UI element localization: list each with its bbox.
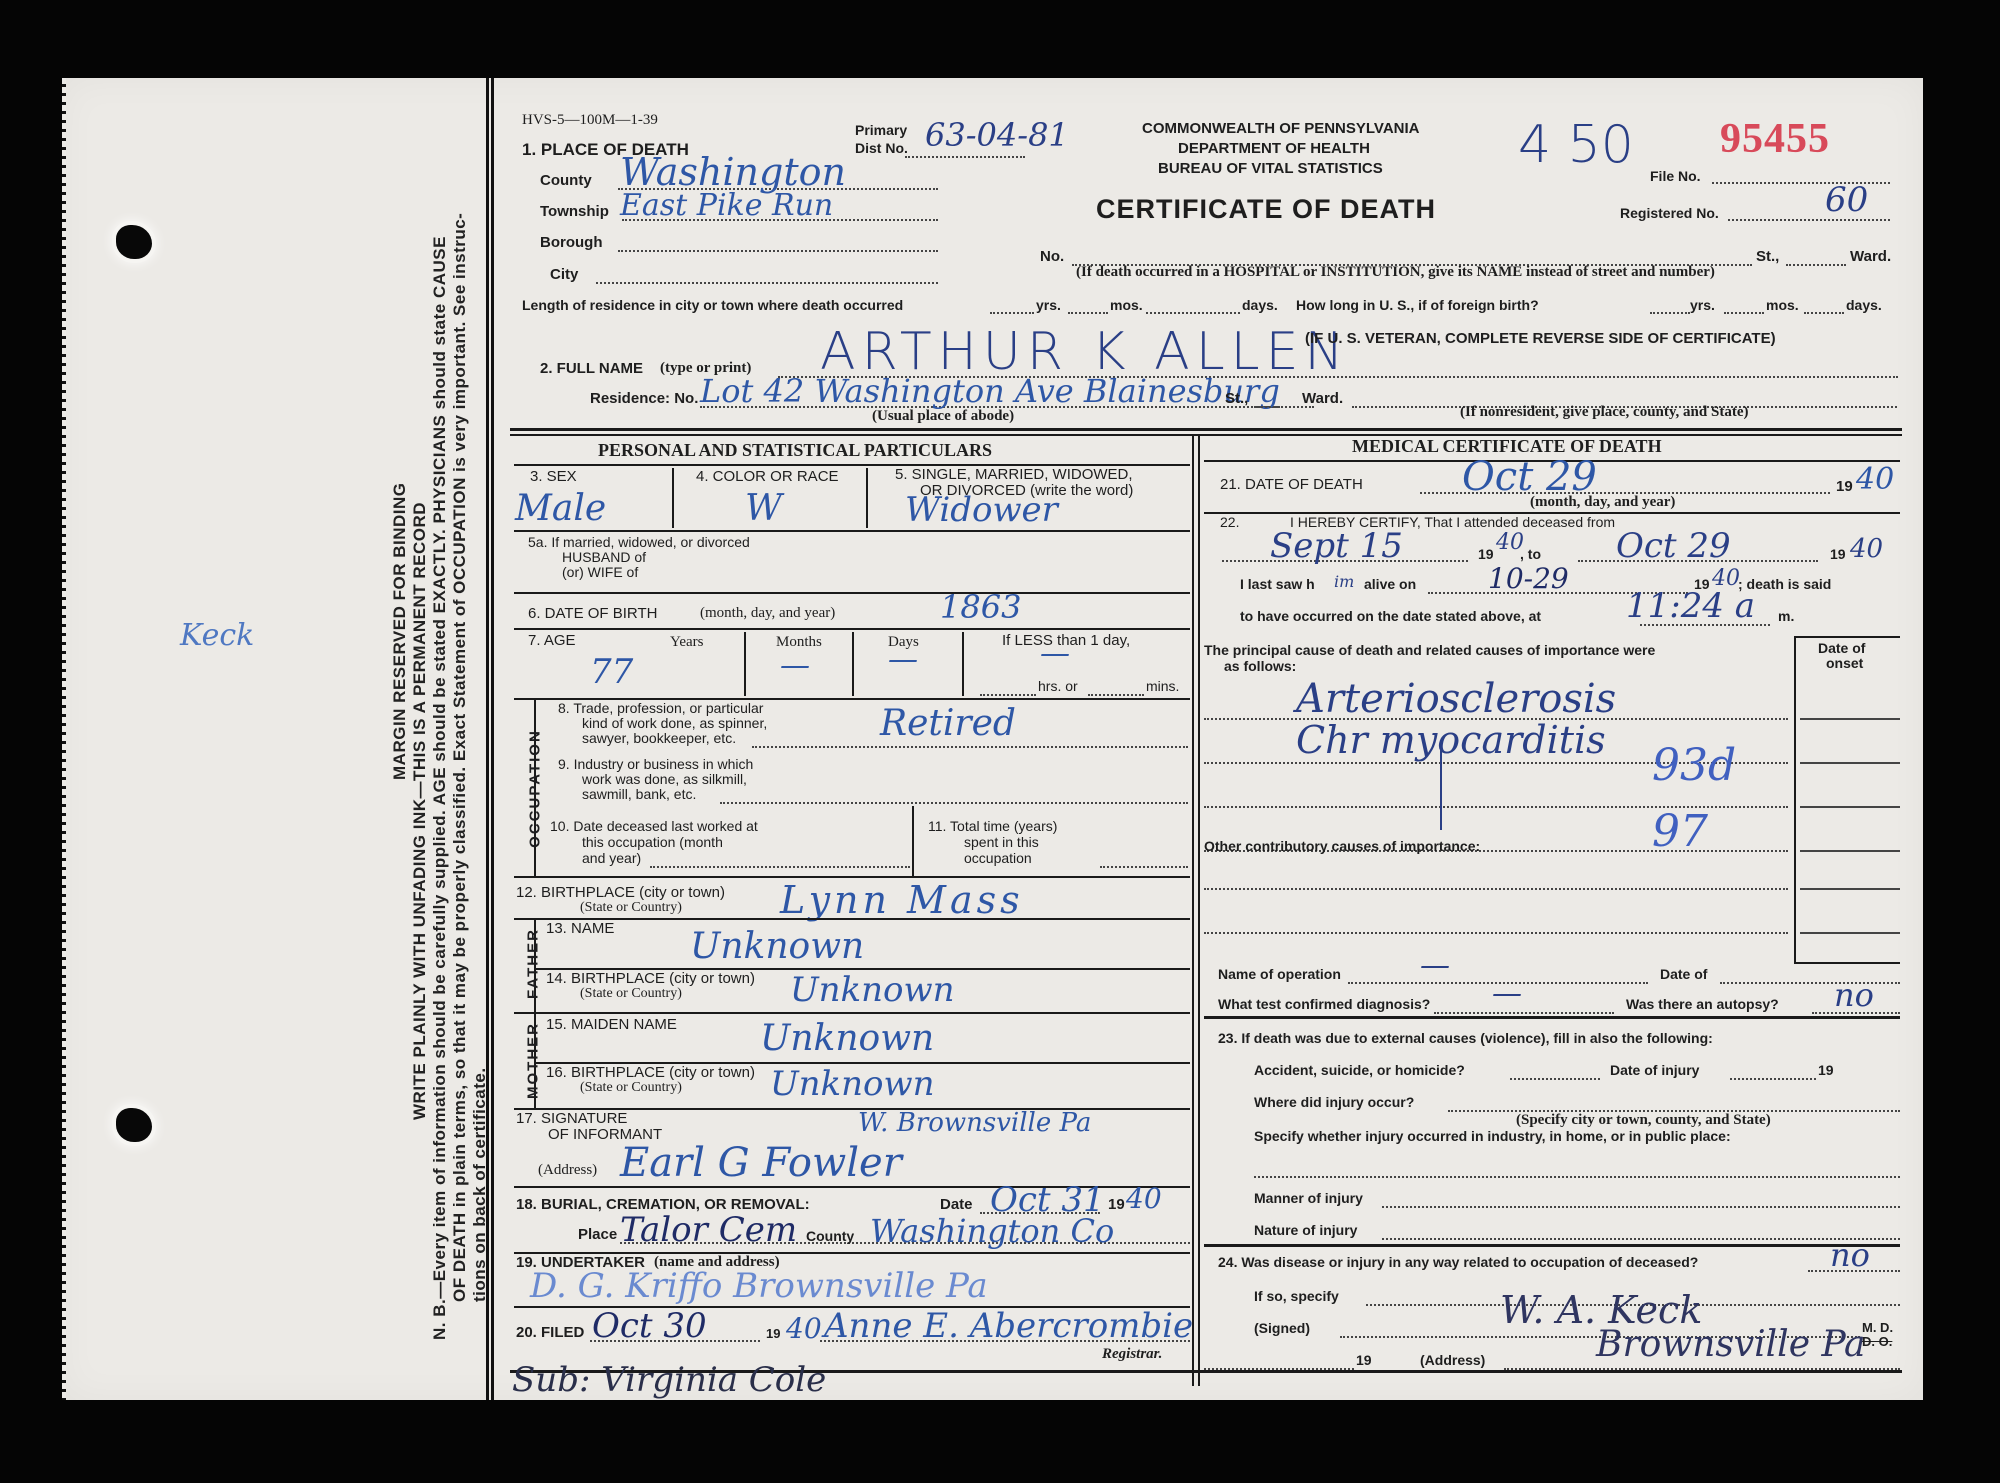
informant-label-1: 17. SIGNATURE [516,1110,627,1127]
form-code: HVS-5—100M—1-39 [522,112,658,129]
cause-code-2: 97 [1652,806,1708,857]
trade-value[interactable]: Retired [880,703,1016,744]
burial-place-label: Place [578,1226,617,1243]
divider [912,806,914,876]
residence-st-label: St., [1225,390,1248,407]
onset-label-2: onset [1826,655,1863,671]
informant-value[interactable]: Earl G Fowler [620,1140,902,1186]
where-note: (Specify city or town, county, and State… [1516,1112,1771,1129]
full-name-label: 2. FULL NAME [540,360,643,377]
cause-code-1: 93d [1652,740,1736,791]
street-no-label: No. [1040,248,1064,265]
certify-number: 22. [1220,514,1239,530]
trade-line [752,746,1188,748]
race-value[interactable]: W [745,488,782,529]
onset-label-1: Date of [1818,640,1865,656]
divider [962,632,964,696]
signed-date-year-prefix: 19 [1356,1352,1372,1368]
specify-label: Specify whether injury occurred in indus… [1254,1128,1731,1144]
manner-label: Manner of injury [1254,1190,1363,1206]
sub-registrar-value[interactable]: Sub: Virginia Cole [512,1360,826,1400]
occupation-side-label: OCCUPATION [527,724,544,854]
md-label: M. D. [1862,1320,1893,1335]
divider [514,592,1190,594]
informant-address-value[interactable]: W. Brownsville Pa [858,1108,1091,1138]
filed-year-value[interactable]: 40 [786,1312,822,1345]
res-yrs-line [990,312,1034,314]
occurred-label: to have occurred on the date stated abov… [1240,608,1541,624]
signed-label: (Signed) [1254,1320,1310,1336]
to-label: , to [1520,546,1541,562]
perforated-edge [62,78,66,1400]
residence-ward-label: Ward. [1302,390,1343,407]
res-yrs-label: yrs. [1036,297,1061,313]
physician-address-label: (Address) [1420,1352,1485,1368]
age-less-value[interactable]: — [1040,636,1070,671]
trade-label-2: kind of work done, as spinner, [582,715,767,731]
mother-birthplace-label: 16. BIRTHPLACE (city or town) [546,1064,755,1081]
street-st-label: St., [1756,248,1779,265]
mother-name-value[interactable]: Unknown [760,1018,934,1059]
last-worked-label-1: 10. Date deceased last worked at [550,818,758,834]
informant-address-label: (Address) [538,1162,597,1179]
divider [514,628,1190,630]
divider [852,632,854,696]
time-value[interactable]: 11:24 a [1626,586,1755,626]
residence-label: Residence: No. [590,390,698,407]
father-name-value[interactable]: Unknown [690,926,864,967]
attended-to-value[interactable]: Oct 29 [1616,526,1731,566]
res-days-line [1146,312,1240,314]
contributory-label: Other contributory causes of importance: [1204,838,1480,854]
age-years-value[interactable]: 77 [590,652,633,692]
ward-label: Ward. [1850,248,1891,265]
county-label: County [540,172,592,189]
dod-year-prefix: 19 [1836,478,1853,495]
sex-value[interactable]: Male [515,488,606,529]
registered-no-label: Registered No. [1620,205,1719,221]
dist-no-value[interactable]: 63-04-81 [925,116,1069,154]
industry-line [720,802,1188,804]
registrar-value[interactable]: Anne E. Abercrombie [824,1306,1193,1346]
total-time-label-2: spent in this [964,834,1039,850]
spouse-label-1: 5a. If married, widowed, or divorced [528,534,750,550]
marital-value[interactable]: Widower [905,490,1058,530]
industry-label-2: work was done, as silkmill, [582,771,747,787]
age-months-value[interactable]: — [780,648,810,683]
last-saw-value[interactable]: 10-29 [1488,562,1569,595]
contributory-line-2 [1204,932,1788,934]
mins-line [1088,694,1144,696]
if-so-label: If so, specify [1254,1288,1339,1304]
dod-note: (month, day, and year) [1530,494,1675,511]
residence-length-label: Length of residence in city or town wher… [522,297,903,313]
dist-no-label: Dist No. [855,140,908,156]
township-label: Township [540,203,609,220]
attended-from-year-prefix: 19 [1478,546,1494,562]
divider [1204,1244,1900,1247]
margin-line-5: tions on back of certificate. [470,80,490,1340]
fb-yrs-label: yrs. [1690,297,1715,313]
birthplace-label: 12. BIRTHPLACE (city or town) [516,884,725,901]
filed-value[interactable]: Oct 30 [592,1306,707,1346]
specify-line [1254,1176,1900,1178]
cause-2-value[interactable]: Chr myocarditis [1296,718,1606,762]
onset-line-2 [1800,762,1900,764]
operation-value[interactable]: — [1420,948,1450,983]
onset-line-5 [1800,888,1900,890]
township-value[interactable]: East Pike Run [620,188,833,223]
margin-line-2: WRITE PLAINLY WITH UNFADING INK—THIS IS … [410,80,430,1340]
binding-hole-top [116,225,152,259]
last-worked-line [650,866,910,868]
onset-line-4 [1800,850,1900,852]
last-worked-label-2: this occupation (month [582,834,723,850]
mother-name-label: 15. MAIDEN NAME [546,1016,677,1033]
center-rule-a [1192,436,1194,1386]
fb-mos-line [1724,312,1764,314]
do-label: D. O. [1862,1334,1892,1349]
res-days-label: days. [1242,297,1278,313]
occupational-label: 24. Was disease or injury in any way rel… [1218,1254,1698,1270]
autopsy-label: Was there an autopsy? [1626,996,1779,1012]
trade-label-1: 8. Trade, profession, or particular [558,700,763,716]
birthplace-note: (State or Country) [580,900,682,916]
contributory-line-1 [1204,888,1788,890]
mins-label: mins. [1146,678,1179,694]
marital-label-1: 5. SINGLE, MARRIED, WIDOWED, [895,466,1133,483]
burial-year-value[interactable]: 40 [1126,1182,1162,1215]
agency-line-3: BUREAU OF VITAL STATISTICS [1158,160,1383,177]
external-causes-label: 23. If death was due to external causes … [1218,1030,1713,1046]
total-time-label-1: 11. Total time (years) [928,818,1057,834]
divider [744,632,746,696]
spouse-label-3: (or) WIFE of [562,564,638,580]
autopsy-value[interactable]: no [1834,976,1874,1014]
divider [510,428,1902,431]
mother-birthplace-note: (State or Country) [580,1080,682,1096]
test-line [1434,1012,1614,1014]
father-side-label: FATHER [525,909,542,1019]
dist-no-line [905,156,1025,158]
accident-label: Accident, suicide, or homicide? [1254,1062,1465,1078]
burial-county-label: County [806,1228,854,1244]
spouse-label-2: HUSBAND of [562,549,646,565]
age-label: 7. AGE [528,632,576,649]
mother-side-label: MOTHER [525,1006,542,1116]
cause-1-value[interactable]: Arteriosclerosis [1296,676,1616,722]
abode-note: (Usual place of abode) [872,408,1014,425]
margin-line-4: OF DEATH in plain terms, so that it may … [450,80,470,1340]
nature-label: Nature of injury [1254,1222,1357,1238]
agency-line-2: DEPARTMENT OF HEALTH [1178,140,1370,157]
filed-label: 20. FILED [516,1324,584,1341]
onset-line-6 [1800,932,1900,934]
onset-line-3 [1800,806,1900,808]
burial-county-value[interactable]: Washington Co [870,1212,1114,1250]
burial-year-prefix: 19 [1108,1196,1125,1213]
cause-label-2: as follows: [1224,658,1296,674]
cause-label-1: The principal cause of death and related… [1204,642,1655,658]
dob-label: 6. DATE OF BIRTH [528,605,657,622]
last-saw-label: I last saw h [1240,576,1315,592]
undertaker-value[interactable]: D. G. Kriffo Brownsville Pa [530,1266,988,1306]
foreign-birth-label: How long in U. S., if of foreign birth? [1296,297,1539,313]
fb-days-line [1804,312,1844,314]
manner-line [1382,1206,1900,1208]
file-no-label: File No. [1650,168,1701,184]
binding-hole-bottom [116,1108,152,1142]
registered-no-value[interactable]: 60 [1825,180,1868,220]
fb-days-label: days. [1846,297,1882,313]
nonresident-note: (If nonresident, give place, county, and… [1460,404,1748,421]
accident-line [1510,1078,1600,1080]
total-time-label-3: occupation [964,850,1032,866]
dod-label: 21. DATE OF DEATH [1220,476,1363,493]
divider [1794,962,1900,964]
attended-to-year[interactable]: 40 [1850,534,1883,564]
last-worked-label-3: and year) [582,850,641,866]
industry-label-3: sawmill, bank, etc. [582,786,696,802]
divider [510,434,1902,436]
industry-label-1: 9. Industry or business in which [558,756,753,772]
dob-value[interactable]: 1863 [940,588,1021,626]
divider [514,530,1190,532]
last-saw-pronoun[interactable]: im [1334,572,1354,591]
attended-from-value[interactable]: Sept 15 [1270,526,1403,566]
margin-line-1: MARGIN RESERVED FOR BINDING [390,80,410,1340]
race-label: 4. COLOR OR RACE [696,468,839,485]
res-mos-line [1068,312,1108,314]
nature-line [1382,1238,1900,1240]
divider [1204,1016,1900,1019]
burial-place-value[interactable]: Talor Cem [620,1210,797,1250]
age-years-label: Years [670,634,703,651]
borough-line [618,250,938,252]
physician-address-line [1504,1368,1900,1370]
center-rule-b [1198,436,1200,1386]
test-label: What test confirmed diagnosis? [1218,996,1430,1012]
onset-line-1 [1800,718,1900,720]
mother-birthplace-value[interactable]: Unknown [770,1064,935,1104]
handwritten-fee: 4 50 [1518,115,1634,175]
divider [866,468,868,528]
age-days-value[interactable]: — [888,642,918,677]
primary-label: Primary [855,122,907,138]
divider [514,918,1190,920]
operation-date-label: Date of [1660,966,1707,982]
margin-instructions: MARGIN RESERVED FOR BINDING WRITE PLAINL… [390,80,490,1340]
sex-label: 3. SEX [530,468,577,485]
ward-line [1786,264,1846,266]
injury-date-line [1730,1078,1816,1080]
test-value[interactable]: — [1492,976,1522,1011]
veteran-note: (IF U. S. VETERAN, COMPLETE REVERSE SIDE… [1305,330,1776,347]
occupational-value[interactable]: no [1830,1236,1870,1274]
divider [1794,636,1900,638]
signed-date-line [1204,1368,1354,1370]
dob-note: (month, day, and year) [700,605,835,622]
birthplace-value[interactable]: Lynn Mass [780,878,1024,922]
filed-year-prefix: 19 [766,1326,780,1341]
stamped-file-number: 95455 [1720,115,1830,163]
injury-date-label: Date of injury [1610,1062,1699,1078]
margin-line-3: N. B.—Every item of information should b… [430,80,450,1340]
total-time-line [1100,866,1188,868]
dod-year-value[interactable]: 40 [1856,462,1894,497]
father-name-label: 13. NAME [546,920,614,937]
burial-date-label: Date [940,1196,973,1213]
certificate-title: CERTIFICATE OF DEATH [1096,194,1436,225]
onset-column-rule [1794,636,1796,962]
borough-label: Borough [540,234,602,251]
divider [672,468,674,528]
res-mos-label: mos. [1110,297,1143,313]
agency-line-1: COMMONWEALTH OF PENNSYLVANIA [1142,120,1420,137]
physician-address-value[interactable]: Brownsville Pa [1596,1324,1866,1365]
margin-annotation: Keck [180,618,254,653]
father-birthplace-note: (State or Country) [580,986,682,1002]
hrs-line [980,694,1036,696]
cause-bracket-stroke [1440,740,1442,830]
divider [514,1012,1190,1014]
residence-value[interactable]: Lot 42 Washington Ave Blainesburg [700,372,1280,410]
attended-to-year-prefix: 19 [1830,546,1846,562]
father-birthplace-label: 14. BIRTHPLACE (city or town) [546,970,755,987]
injury-year-prefix: 19 [1818,1062,1834,1078]
m-label: m. [1778,608,1794,624]
fb-mos-label: mos. [1766,297,1799,313]
where-label: Where did injury occur? [1254,1094,1414,1110]
city-label: City [550,266,578,283]
city-line [596,282,938,284]
father-birthplace-value[interactable]: Unknown [790,970,955,1010]
trade-label-3: sawyer, bookkeeper, etc. [582,730,736,746]
personal-header: PERSONAL AND STATISTICAL PARTICULARS [598,440,992,461]
fb-yrs-line [1650,312,1690,314]
registrar-label: Registrar. [1102,1346,1162,1363]
alive-on-label: alive on [1364,576,1416,592]
hrs-label: hrs. or [1038,678,1078,694]
hospital-note: (If death occurred in a HOSPITAL or INST… [1076,264,1715,281]
operation-label: Name of operation [1218,966,1341,982]
